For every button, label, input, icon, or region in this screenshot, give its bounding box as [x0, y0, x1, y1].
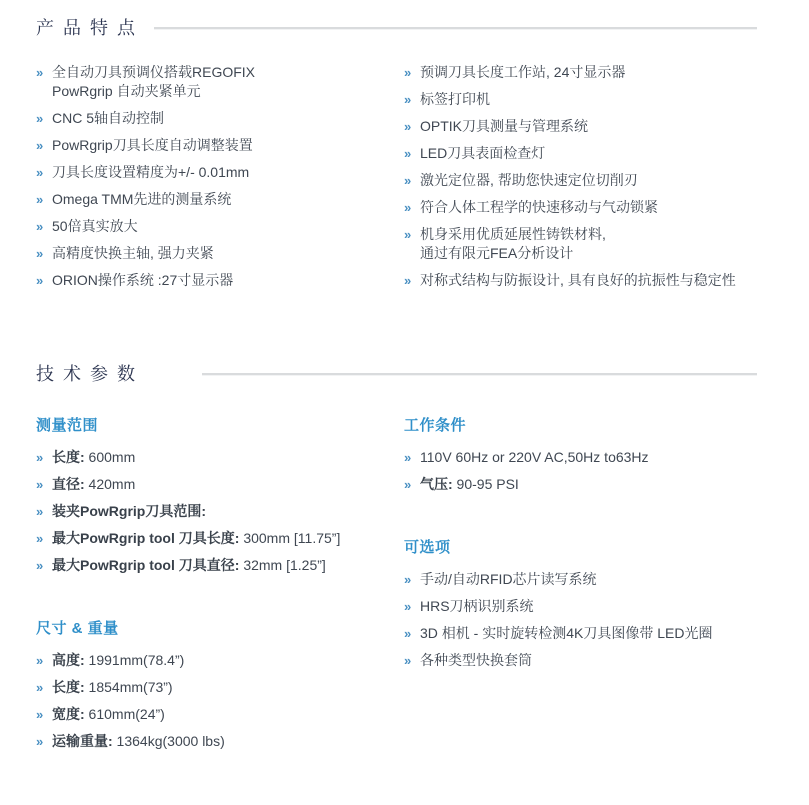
feature-item: » 高精度快换主轴, 强力夹紧: [36, 244, 404, 263]
spec-label: 长度:: [52, 449, 85, 465]
feature-text: 刀具长度设置精度为+/- 0.01mm: [52, 164, 249, 180]
spec-item: » 长度: 600mm: [36, 448, 404, 467]
specs-left-column: 测量范围 » 长度: 600mm » 直径: 420mm » 装夹PowRgri: [36, 416, 404, 759]
spec-item: » 手动/自动RFID芯片读写系统: [404, 570, 757, 589]
feature-text: OPTIK刀具测量与管理系统: [420, 118, 588, 134]
measuring-range-heading: 测量范围: [36, 416, 404, 436]
feature-item: » LED刀具表面检查灯: [404, 144, 757, 163]
feature-text: 全自动刀具预调仪搭载REGOFIX: [52, 64, 255, 80]
measuring-range-list: » 长度: 600mm » 直径: 420mm » 装夹PowRgrip刀具范围…: [36, 448, 404, 575]
double-chevron-bullet-icon: »: [36, 190, 43, 209]
feature-text: 激光定位器, 帮助您快速定位切削刃: [420, 172, 638, 188]
spec-label: 最大PowRgrip tool 刀具直径:: [52, 557, 239, 573]
double-chevron-bullet-icon: »: [36, 217, 43, 236]
feature-item: » 符合人体工程学的快速移动与气动锁紧: [404, 198, 757, 217]
spec-value: 90-95 PSI: [453, 476, 519, 492]
spec-value: 110V 60Hz or 220V AC,50Hz to63Hz: [420, 449, 649, 465]
spec-item: » 气压: 90-95 PSI: [404, 475, 757, 494]
spec-value: 600mm: [85, 449, 136, 465]
spec-item: » HRS刀柄识别系统: [404, 597, 757, 616]
spec-label: 高度:: [52, 652, 85, 668]
working-conditions-heading: 工作条件: [404, 416, 757, 436]
double-chevron-bullet-icon: »: [404, 624, 411, 643]
feature-text: ORION操作系统 :27寸显示器: [52, 272, 233, 288]
double-chevron-bullet-icon: »: [36, 448, 43, 467]
double-chevron-bullet-icon: »: [404, 198, 411, 217]
double-chevron-bullet-icon: »: [36, 502, 43, 521]
features-title: 产品特点: [36, 16, 144, 40]
spec-value: 420mm: [85, 476, 136, 492]
options-list: » 手动/自动RFID芯片读写系统 » HRS刀柄识别系统 » 3D 相机 - …: [404, 570, 757, 670]
double-chevron-bullet-icon: »: [404, 448, 411, 467]
double-chevron-bullet-icon: »: [36, 529, 43, 548]
feature-text: 预调刀具长度工作站, 24寸显示器: [420, 64, 625, 80]
spec-label: 气压:: [420, 476, 453, 492]
feature-item: » ORION操作系统 :27寸显示器: [36, 271, 404, 290]
feature-item: » Omega TMM先进的测量系统: [36, 190, 404, 209]
feature-text-line2: 通过有限元FEA分析设计: [420, 245, 573, 261]
spec-label: 长度:: [52, 679, 85, 695]
spec-sheet-page: 产品特点 » 全自动刀具预调仪搭载REGOFIX PowRgrip 自动夹紧单元…: [0, 0, 809, 805]
double-chevron-bullet-icon: »: [404, 90, 411, 109]
spec-label: 宽度:: [52, 706, 85, 722]
double-chevron-bullet-icon: »: [404, 570, 411, 589]
feature-item: » 机身采用优质延展性铸铁材料, 通过有限元FEA分析设计: [404, 225, 757, 263]
features-header: 产品特点: [36, 16, 757, 40]
specs-title: 技术参数: [36, 362, 144, 386]
spec-item: » 装夹PowRgrip刀具范围:: [36, 502, 404, 521]
header-divider-line: [154, 27, 757, 30]
spec-item: » 各种类型快换套筒: [404, 651, 757, 670]
double-chevron-bullet-icon: »: [404, 597, 411, 616]
double-chevron-bullet-icon: »: [404, 171, 411, 190]
spec-label: 直径:: [52, 476, 85, 492]
spec-value: 32mm [1.25”]: [239, 557, 325, 573]
header-divider-line: [202, 373, 757, 376]
specs-header: 技术参数: [36, 362, 757, 386]
double-chevron-bullet-icon: »: [36, 705, 43, 724]
spec-value: 1991mm(78.4”): [85, 652, 185, 668]
feature-item: » 50倍真实放大: [36, 217, 404, 236]
spec-item: » 110V 60Hz or 220V AC,50Hz to63Hz: [404, 448, 757, 467]
spec-value: HRS刀柄识别系统: [420, 598, 534, 614]
feature-text: PowRgrip刀具长度自动调整装置: [52, 137, 253, 153]
feature-item: » PowRgrip刀具长度自动调整装置: [36, 136, 404, 155]
double-chevron-bullet-icon: »: [36, 136, 43, 155]
feature-text: 高精度快换主轴, 强力夹紧: [52, 245, 214, 261]
working-conditions-list: » 110V 60Hz or 220V AC,50Hz to63Hz » 气压:…: [404, 448, 757, 494]
feature-item: » 全自动刀具预调仪搭载REGOFIX PowRgrip 自动夹紧单元: [36, 63, 404, 101]
double-chevron-bullet-icon: »: [36, 678, 43, 697]
feature-text: CNC 5轴自动控制: [52, 110, 164, 126]
double-chevron-bullet-icon: »: [36, 163, 43, 182]
spec-value: 610mm(24”): [85, 706, 165, 722]
spec-item: » 宽度: 610mm(24”): [36, 705, 404, 724]
double-chevron-bullet-icon: »: [404, 117, 411, 136]
features-section: 产品特点 » 全自动刀具预调仪搭载REGOFIX PowRgrip 自动夹紧单元…: [36, 16, 757, 298]
double-chevron-bullet-icon: »: [36, 732, 43, 751]
feature-item: » 激光定位器, 帮助您快速定位切削刃: [404, 171, 757, 190]
feature-item: » OPTIK刀具测量与管理系统: [404, 117, 757, 136]
double-chevron-bullet-icon: »: [404, 651, 411, 670]
double-chevron-bullet-icon: »: [404, 144, 411, 163]
measuring-range-block: 测量范围 » 长度: 600mm » 直径: 420mm » 装夹PowRgri: [36, 416, 404, 575]
spec-item: » 最大PowRgrip tool 刀具长度: 300mm [11.75”]: [36, 529, 404, 548]
spec-item: » 最大PowRgrip tool 刀具直径: 32mm [1.25”]: [36, 556, 404, 575]
spec-item: » 3D 相机 - 实时旋转检测4K刀具图像带 LED光圈: [404, 624, 757, 643]
feature-text: Omega TMM先进的测量系统: [52, 191, 231, 207]
spec-item: » 高度: 1991mm(78.4”): [36, 651, 404, 670]
feature-text: 机身采用优质延展性铸铁材料,: [420, 226, 606, 242]
specs-right-column: 工作条件 » 110V 60Hz or 220V AC,50Hz to63Hz …: [404, 416, 757, 759]
feature-item: » 刀具长度设置精度为+/- 0.01mm: [36, 163, 404, 182]
options-heading: 可选项: [404, 538, 757, 558]
spec-value: 1364kg(3000 lbs): [113, 733, 225, 749]
spec-value: 1854mm(73”): [85, 679, 173, 695]
spec-label: 装夹PowRgrip刀具范围:: [52, 503, 206, 519]
feature-item: » 预调刀具长度工作站, 24寸显示器: [404, 63, 757, 82]
double-chevron-bullet-icon: »: [36, 475, 43, 494]
specs-grid: 测量范围 » 长度: 600mm » 直径: 420mm » 装夹PowRgri: [36, 416, 757, 759]
feature-item: » CNC 5轴自动控制: [36, 109, 404, 128]
double-chevron-bullet-icon: »: [404, 63, 411, 82]
features-grid: » 全自动刀具预调仪搭载REGOFIX PowRgrip 自动夹紧单元 » CN…: [36, 63, 757, 298]
feature-text: LED刀具表面检查灯: [420, 145, 545, 161]
double-chevron-bullet-icon: »: [404, 475, 411, 494]
features-left-list: » 全自动刀具预调仪搭载REGOFIX PowRgrip 自动夹紧单元 » CN…: [36, 63, 404, 298]
spec-value: 手动/自动RFID芯片读写系统: [420, 571, 597, 587]
features-right-list: » 预调刀具长度工作站, 24寸显示器 » 标签打印机 » OPTIK刀具测量与…: [404, 63, 757, 298]
double-chevron-bullet-icon: »: [36, 63, 43, 82]
feature-text: 符合人体工程学的快速移动与气动锁紧: [420, 199, 658, 215]
feature-item: » 标签打印机: [404, 90, 757, 109]
working-conditions-block: 工作条件 » 110V 60Hz or 220V AC,50Hz to63Hz …: [404, 416, 757, 494]
dimensions-weight-list: » 高度: 1991mm(78.4”) » 长度: 1854mm(73”) » …: [36, 651, 404, 751]
spec-value: 3D 相机 - 实时旋转检测4K刀具图像带 LED光圈: [420, 625, 712, 641]
options-block: 可选项 » 手动/自动RFID芯片读写系统 » HRS刀柄识别系统 » 3D 相: [404, 538, 757, 670]
feature-text-line2: PowRgrip 自动夹紧单元: [52, 83, 201, 99]
double-chevron-bullet-icon: »: [36, 651, 43, 670]
double-chevron-bullet-icon: »: [404, 225, 411, 244]
feature-text: 标签打印机: [420, 91, 490, 107]
dimensions-weight-heading: 尺寸 & 重量: [36, 619, 404, 639]
double-chevron-bullet-icon: »: [36, 271, 43, 290]
specs-section: 技术参数 测量范围 » 长度: 600mm » 直径: 420mm: [36, 362, 757, 759]
double-chevron-bullet-icon: »: [36, 244, 43, 263]
feature-text: 50倍真实放大: [52, 218, 138, 234]
spec-item: » 直径: 420mm: [36, 475, 404, 494]
double-chevron-bullet-icon: »: [36, 556, 43, 575]
spec-label: 运输重量:: [52, 733, 113, 749]
spec-value: 300mm [11.75”]: [239, 530, 340, 546]
spec-item: » 长度: 1854mm(73”): [36, 678, 404, 697]
dimensions-weight-block: 尺寸 & 重量 » 高度: 1991mm(78.4”) » 长度: 1854mm…: [36, 619, 404, 751]
spec-value: 各种类型快换套筒: [420, 652, 532, 668]
spec-label: 最大PowRgrip tool 刀具长度:: [52, 530, 239, 546]
spec-item: » 运输重量: 1364kg(3000 lbs): [36, 732, 404, 751]
double-chevron-bullet-icon: »: [36, 109, 43, 128]
feature-item: » 对称式结构与防振设计, 具有良好的抗振性与稳定性: [404, 271, 757, 290]
double-chevron-bullet-icon: »: [404, 271, 411, 290]
feature-text: 对称式结构与防振设计, 具有良好的抗振性与稳定性: [420, 272, 736, 288]
